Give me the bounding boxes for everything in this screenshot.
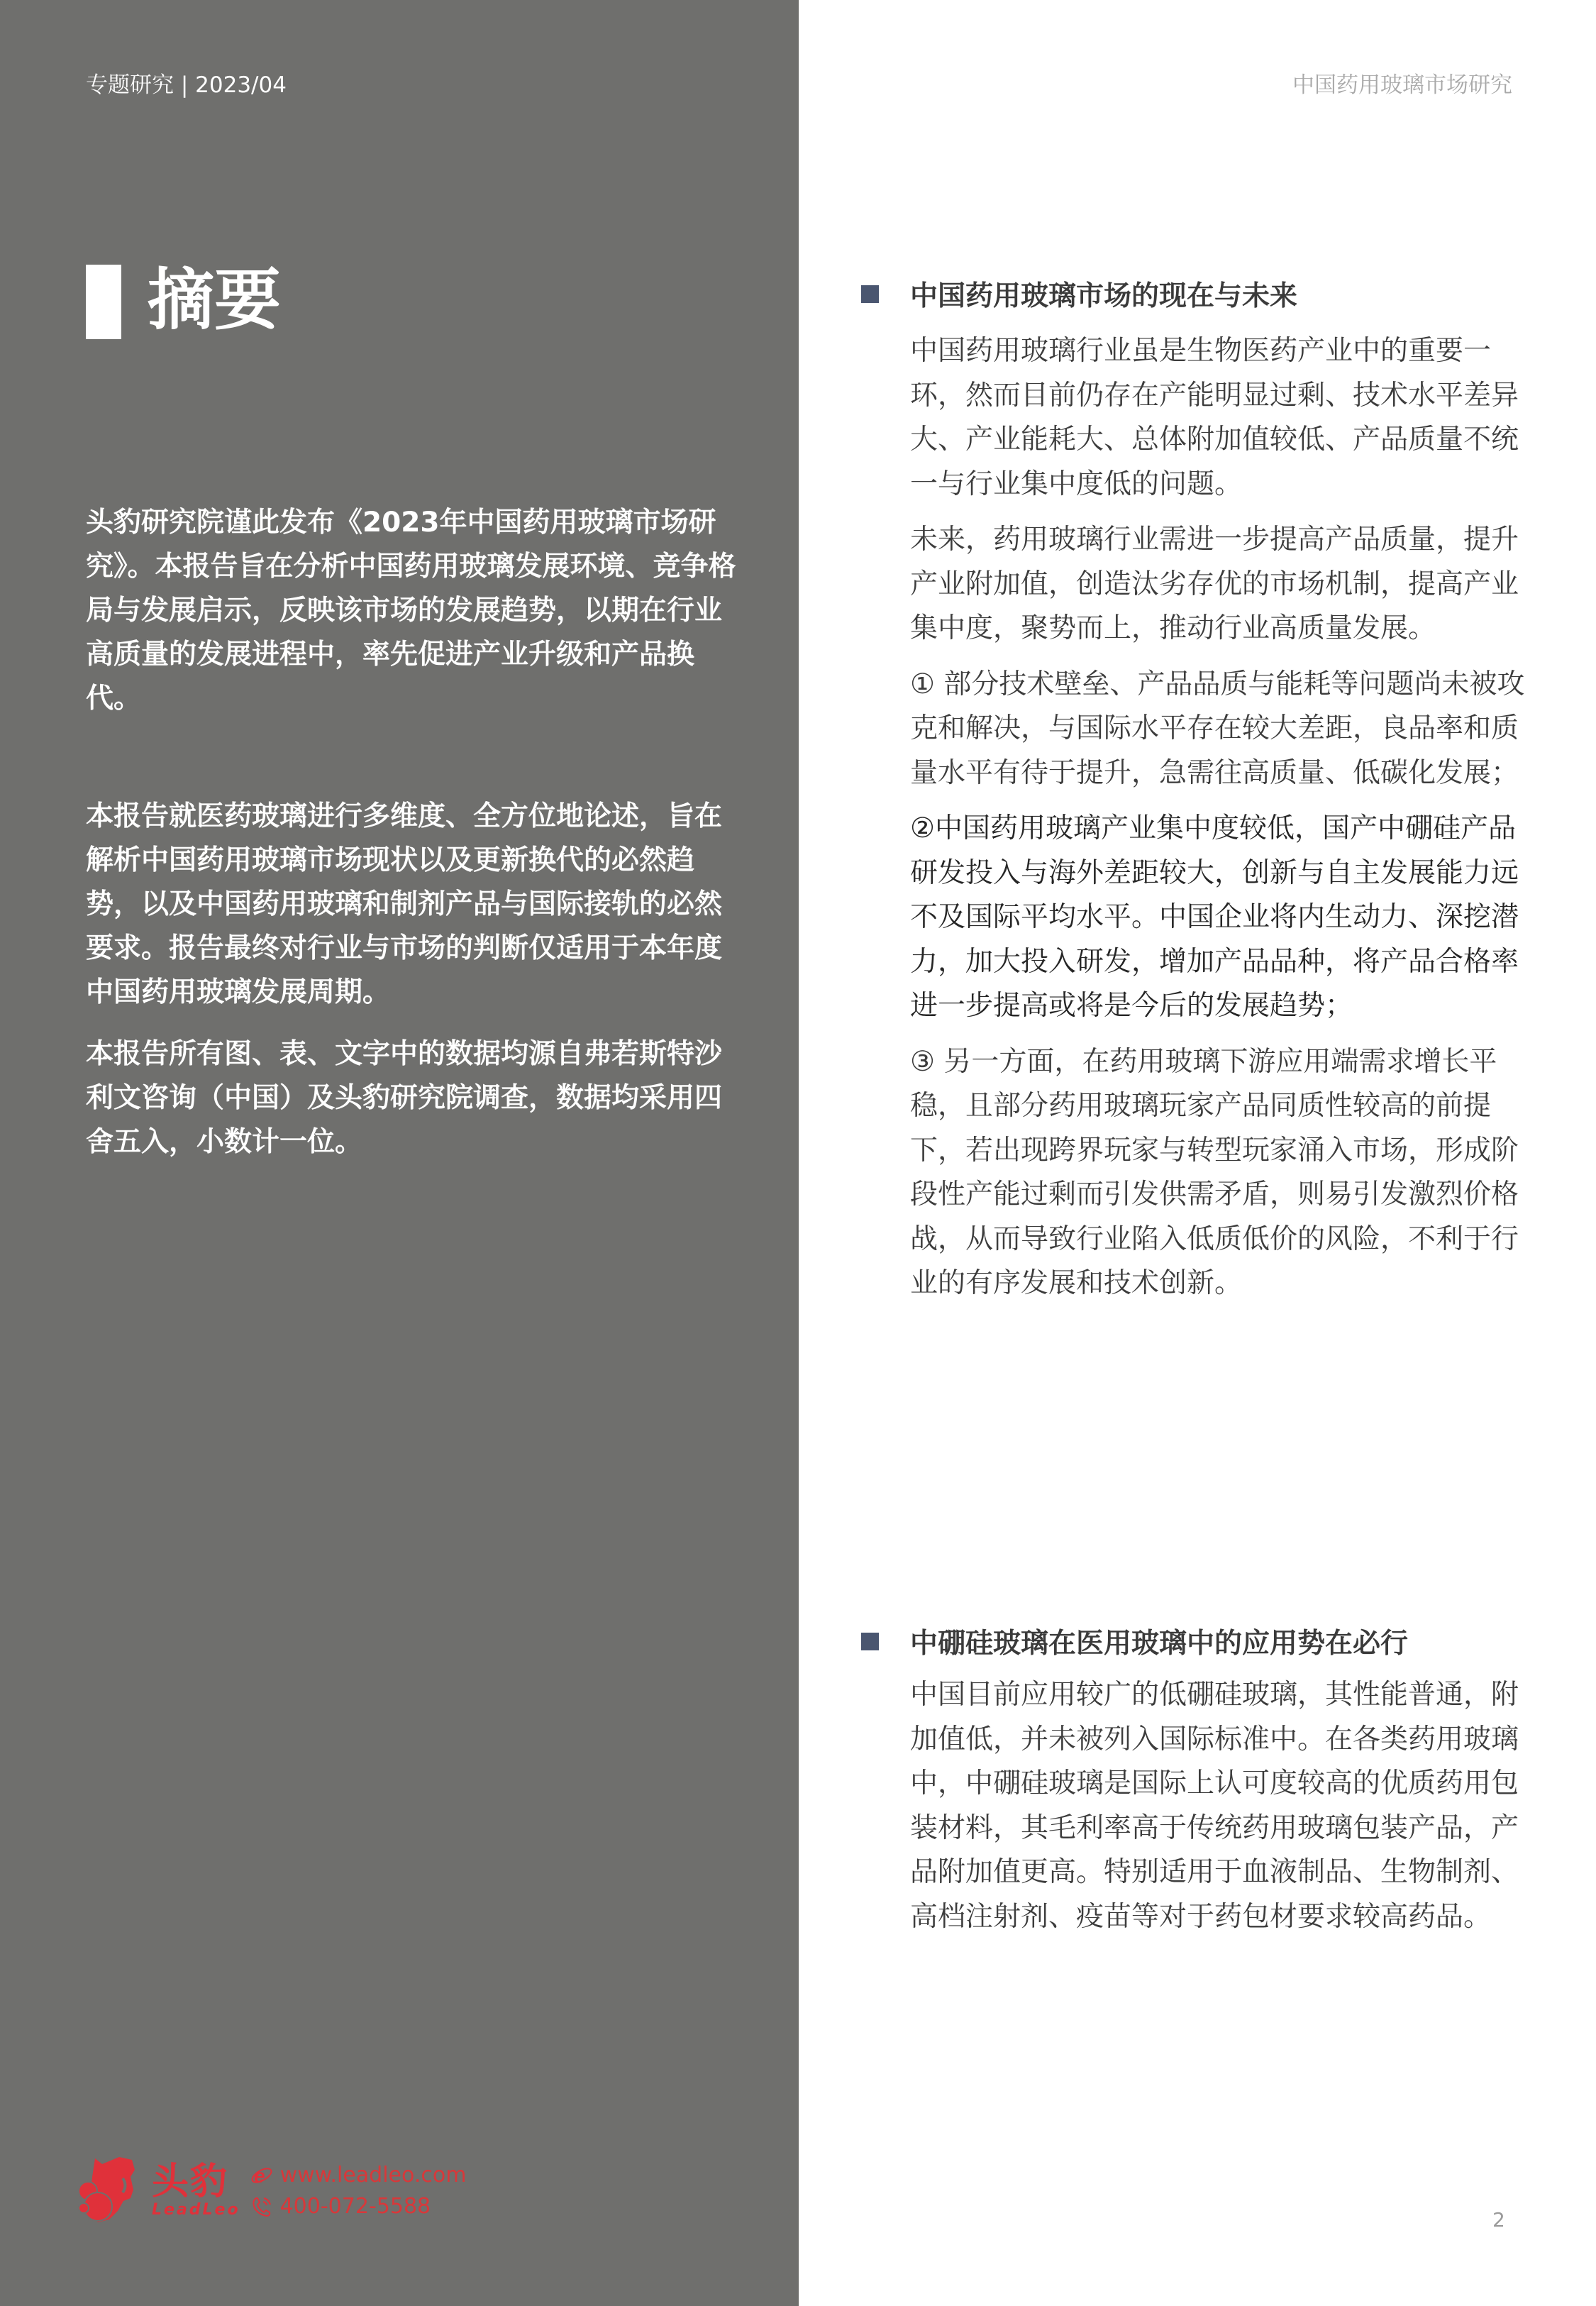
section-heading-2: 中硼硅玻璃在医用玻璃中的应用势在必行 [861,1621,1408,1661]
page-number: 2 [1492,2208,1505,2231]
square-bullet-icon [861,1633,879,1650]
section-title: 中硼硅玻璃在医用玻璃中的应用势在必行 [910,1621,1408,1661]
website-link[interactable]: www.leadleo.com [280,2161,467,2190]
leopard-logo-icon [77,2157,140,2224]
section-heading-1: 中国药用玻璃市场的现在与未来 [861,274,1297,314]
title-accent-bar [86,265,121,339]
point-3: ③ 另一方面，在药用玻璃下游应用端需求增长平稳，且部分药用玻璃玩家产品同质性较高… [910,1040,1534,1306]
contact-info: e www.leadleo.com 400-072-5588 [250,2160,467,2222]
body-paragraph: 中国目前应用较广的低硼硅玻璃，其性能普通，附加值低，并未被列入国际标准中。在各类… [910,1673,1534,1939]
summary-text: 本报告就医药玻璃进行多维度、全方位地论述，旨在解析中国药用玻璃市场现状以及更新换… [86,795,746,1015]
summary-paragraph-3: 本报告所有图、表、文字中的数据均源自弗若斯特沙利文咨询（中国）及头豹研究院调查，… [86,1032,746,1164]
report-type-date: 专题研究 | 2023/04 [86,67,287,99]
point-2: ②中国药用玻璃产业集中度较低，国产中硼硅产品研发投入与海外差距较大，创新与自主发… [910,807,1534,1029]
logo-wordmark: 头豹 LeadLeo [152,2163,240,2219]
phone-number: 400-072-5588 [280,2192,431,2221]
square-bullet-icon [861,285,879,303]
point-1: ① 部分技术壁垒、产品品质与能耗等问题尚未被攻克和解决，与国际水平存在较大差距，… [910,663,1534,796]
section-title: 中国药用玻璃市场的现在与未来 [910,274,1297,314]
leadleo-logo: 头豹 LeadLeo e www.leadleo.com 400-072-558… [77,2157,466,2224]
website-row: e www.leadleo.com [250,2160,467,2191]
body-paragraph: 中国药用玻璃行业虽是生物医药产业中的重要一环，然而目前仍存在产能明显过剩、技术水… [910,329,1534,507]
page-title: 摘要 [148,255,281,346]
report-title-header: 中国药用玻璃市场研究 [1292,67,1512,99]
browser-e-icon: e [250,2164,273,2187]
body-paragraph: 未来，药用玻璃行业需进一步提高产品质量，提升产业附加值，创造汰劣存优的市场机制，… [910,518,1534,651]
phone-icon [250,2195,273,2218]
section-1-body: 中国药用玻璃行业虽是生物医药产业中的重要一环，然而目前仍存在产能明显过剩、技术水… [910,329,1534,1318]
section-2-body: 中国目前应用较广的低硼硅玻璃，其性能普通，附加值低，并未被列入国际标准中。在各类… [910,1673,1534,1951]
summary-text: 本报告所有图、表、文字中的数据均源自弗若斯特沙利文咨询（中国）及头豹研究院调查，… [86,1032,746,1164]
svg-text:e: e [254,2165,265,2187]
logo-english-name: LeadLeo [152,2201,240,2219]
summary-paragraph-2: 本报告就医药玻璃进行多维度、全方位地论述，旨在解析中国药用玻璃市场现状以及更新换… [86,795,746,1015]
summary-text: 头豹研究院谨此发布《2023年中国药用玻璃市场研究》。本报告旨在分析中国药用玻璃… [86,501,746,721]
summary-paragraph-1: 头豹研究院谨此发布《2023年中国药用玻璃市场研究》。本报告旨在分析中国药用玻璃… [86,501,746,721]
phone-row: 400-072-5588 [250,2191,467,2222]
logo-chinese-name: 头豹 [152,2163,228,2201]
